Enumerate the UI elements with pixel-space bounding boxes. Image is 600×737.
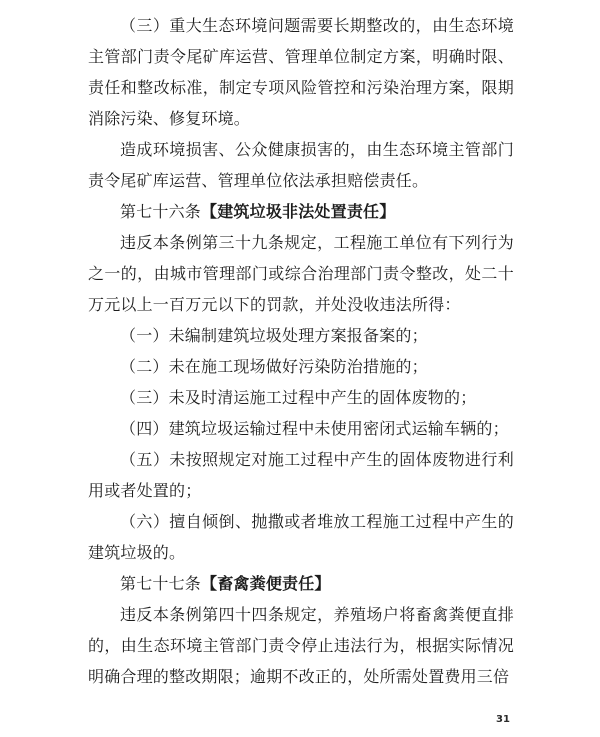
article-title: 【建筑垃圾非法处置责任】 <box>201 204 395 221</box>
list-item-3: （三）未及时清运施工过程中产生的固体废物的； <box>88 383 514 414</box>
list-item-6: （六）擅自倾倒、抛撒或者堆放工程施工过程中产生的建筑垃圾的。 <box>88 507 514 569</box>
article-label: 第七十六条 <box>120 204 201 221</box>
list-item-1: （一）未编制建筑垃圾处理方案报备案的； <box>88 321 514 352</box>
paragraph-article-76-body: 违反本条例第三十九条规定，工程施工单位有下列行为之一的，由城市管理部门或综合治理… <box>88 228 514 321</box>
paragraph-article-77-body: 违反本条例第四十四条规定，养殖场户将畜禽粪便直排的，由生态环境主管部门责令停止违… <box>88 600 514 693</box>
document-content: （三）重大生态环境问题需要长期整改的，由生态环境主管部门责令尾矿库运营、管理单位… <box>88 11 514 693</box>
paragraph-damage-liability: 造成环境损害、公众健康损害的，由生态环境主管部门责令尾矿库运营、管理单位依法承担… <box>88 135 514 197</box>
paragraph-item-3-tailings: （三）重大生态环境问题需要长期整改的，由生态环境主管部门责令尾矿库运营、管理单位… <box>88 11 514 135</box>
article-label: 第七十七条 <box>120 576 201 593</box>
list-item-5: （五）未按照规定对施工过程中产生的固体废物进行利用或者处置的； <box>88 445 514 507</box>
article-title: 【畜禽粪便责任】 <box>201 576 331 593</box>
article-heading-76: 第七十六条【建筑垃圾非法处置责任】 <box>88 197 514 228</box>
page-number: 31 <box>496 714 510 725</box>
list-item-4: （四）建筑垃圾运输过程中未使用密闭式运输车辆的； <box>88 414 514 445</box>
article-heading-77: 第七十七条【畜禽粪便责任】 <box>88 569 514 600</box>
document-page: （三）重大生态环境问题需要长期整改的，由生态环境主管部门责令尾矿库运营、管理单位… <box>0 0 600 737</box>
list-item-2: （二）未在施工现场做好污染防治措施的； <box>88 352 514 383</box>
